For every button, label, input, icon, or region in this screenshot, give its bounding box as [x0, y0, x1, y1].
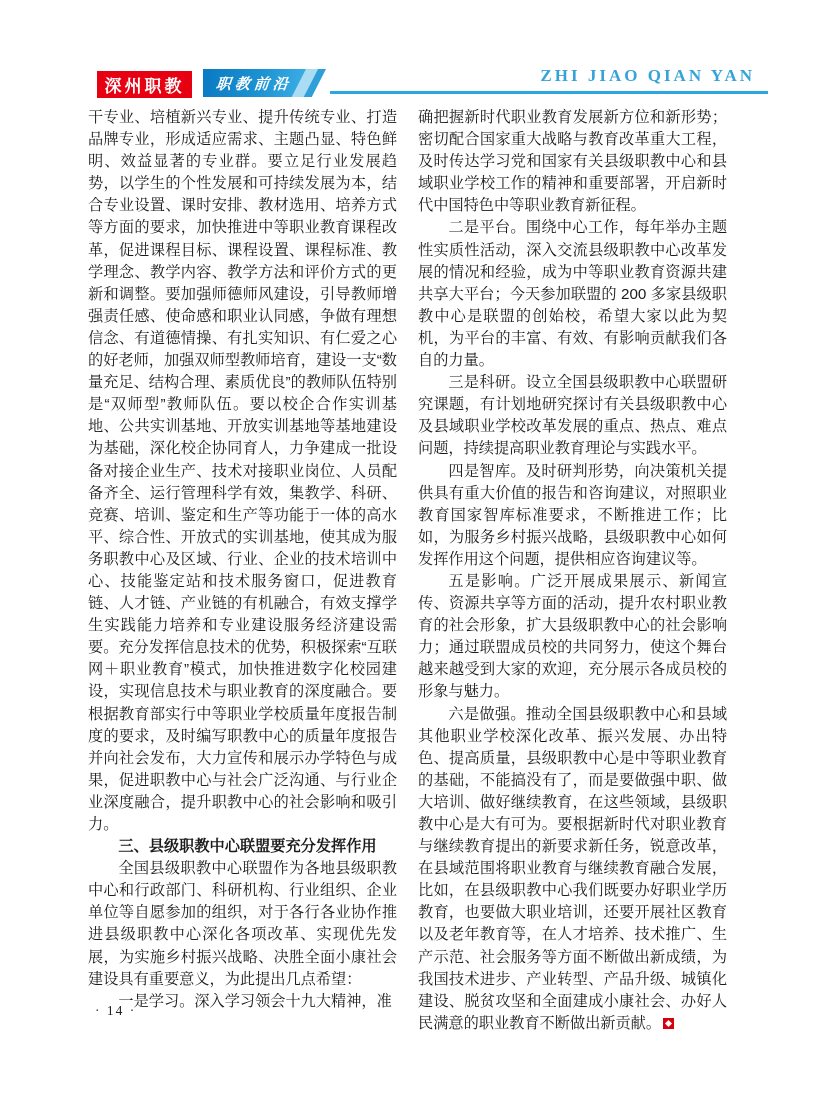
- magazine-page: 深州职教 职教前沿 ZHI JIAO QIAN YAN 干专业、培植新兴专业、提…: [0, 0, 816, 1100]
- header-rule-line: [330, 91, 768, 94]
- paragraph: 全国县级职教中心联盟作为各地县级职教中心和行政部门、科研机构、行业组织、企业单位…: [88, 858, 397, 991]
- section-heading: 三、县级职教中心联盟要充分发挥作用: [88, 836, 397, 858]
- article-body: 干专业、培植新兴专业、提升传统专业、打造品牌专业，形成适应需求、主题凸显、特色鲜…: [88, 107, 728, 1035]
- page-number: · 14 ·: [95, 1003, 136, 1019]
- magazine-logo-text: 深州职教: [105, 72, 185, 97]
- paragraph: 五是影响。广泛开展成果展示、新闻宣传、资源共享等方面的活动，提升农村职业教育的社…: [418, 571, 727, 704]
- section-banner: 职教前沿: [203, 69, 306, 97]
- paragraph: 六是做强。推动全国县级职教中心和县域其他职业学校深化改革、振兴发展、办出特色、提…: [418, 704, 727, 1035]
- right-column: 确把握新时代职业教育发展新方位和新形势；密切配合国家重大战略与教育改革重大工程，…: [418, 107, 727, 1035]
- magazine-logo: 深州职教: [97, 71, 192, 98]
- section-banner-text: 职教前沿: [215, 73, 293, 94]
- paragraph: 干专业、培植新兴专业、提升传统专业、打造品牌专业，形成适应需求、主题凸显、特色鲜…: [88, 107, 397, 836]
- article-end-icon: [663, 1018, 674, 1029]
- left-column: 干专业、培植新兴专业、提升传统专业、打造品牌专业，形成适应需求、主题凸显、特色鲜…: [88, 107, 397, 1035]
- paragraph: 确把握新时代职业教育发展新方位和新形势；密切配合国家重大战略与教育改革重大工程，…: [418, 107, 727, 217]
- section-title-pinyin: ZHI JIAO QIAN YAN: [430, 66, 755, 86]
- paragraph: 四是智库。及时研判形势，向决策机关提供具有重大价值的报告和咨询建议，对照职业教育…: [418, 461, 727, 571]
- paragraph: 二是平台。围绕中心工作，每年举办主题性实质性活动，深入交流县级职教中心改革发展的…: [418, 217, 727, 372]
- paragraph: 三是科研。设立全国县级职教中心联盟研究课题，有计划地研究探讨有关县级职教中心及县…: [418, 372, 727, 460]
